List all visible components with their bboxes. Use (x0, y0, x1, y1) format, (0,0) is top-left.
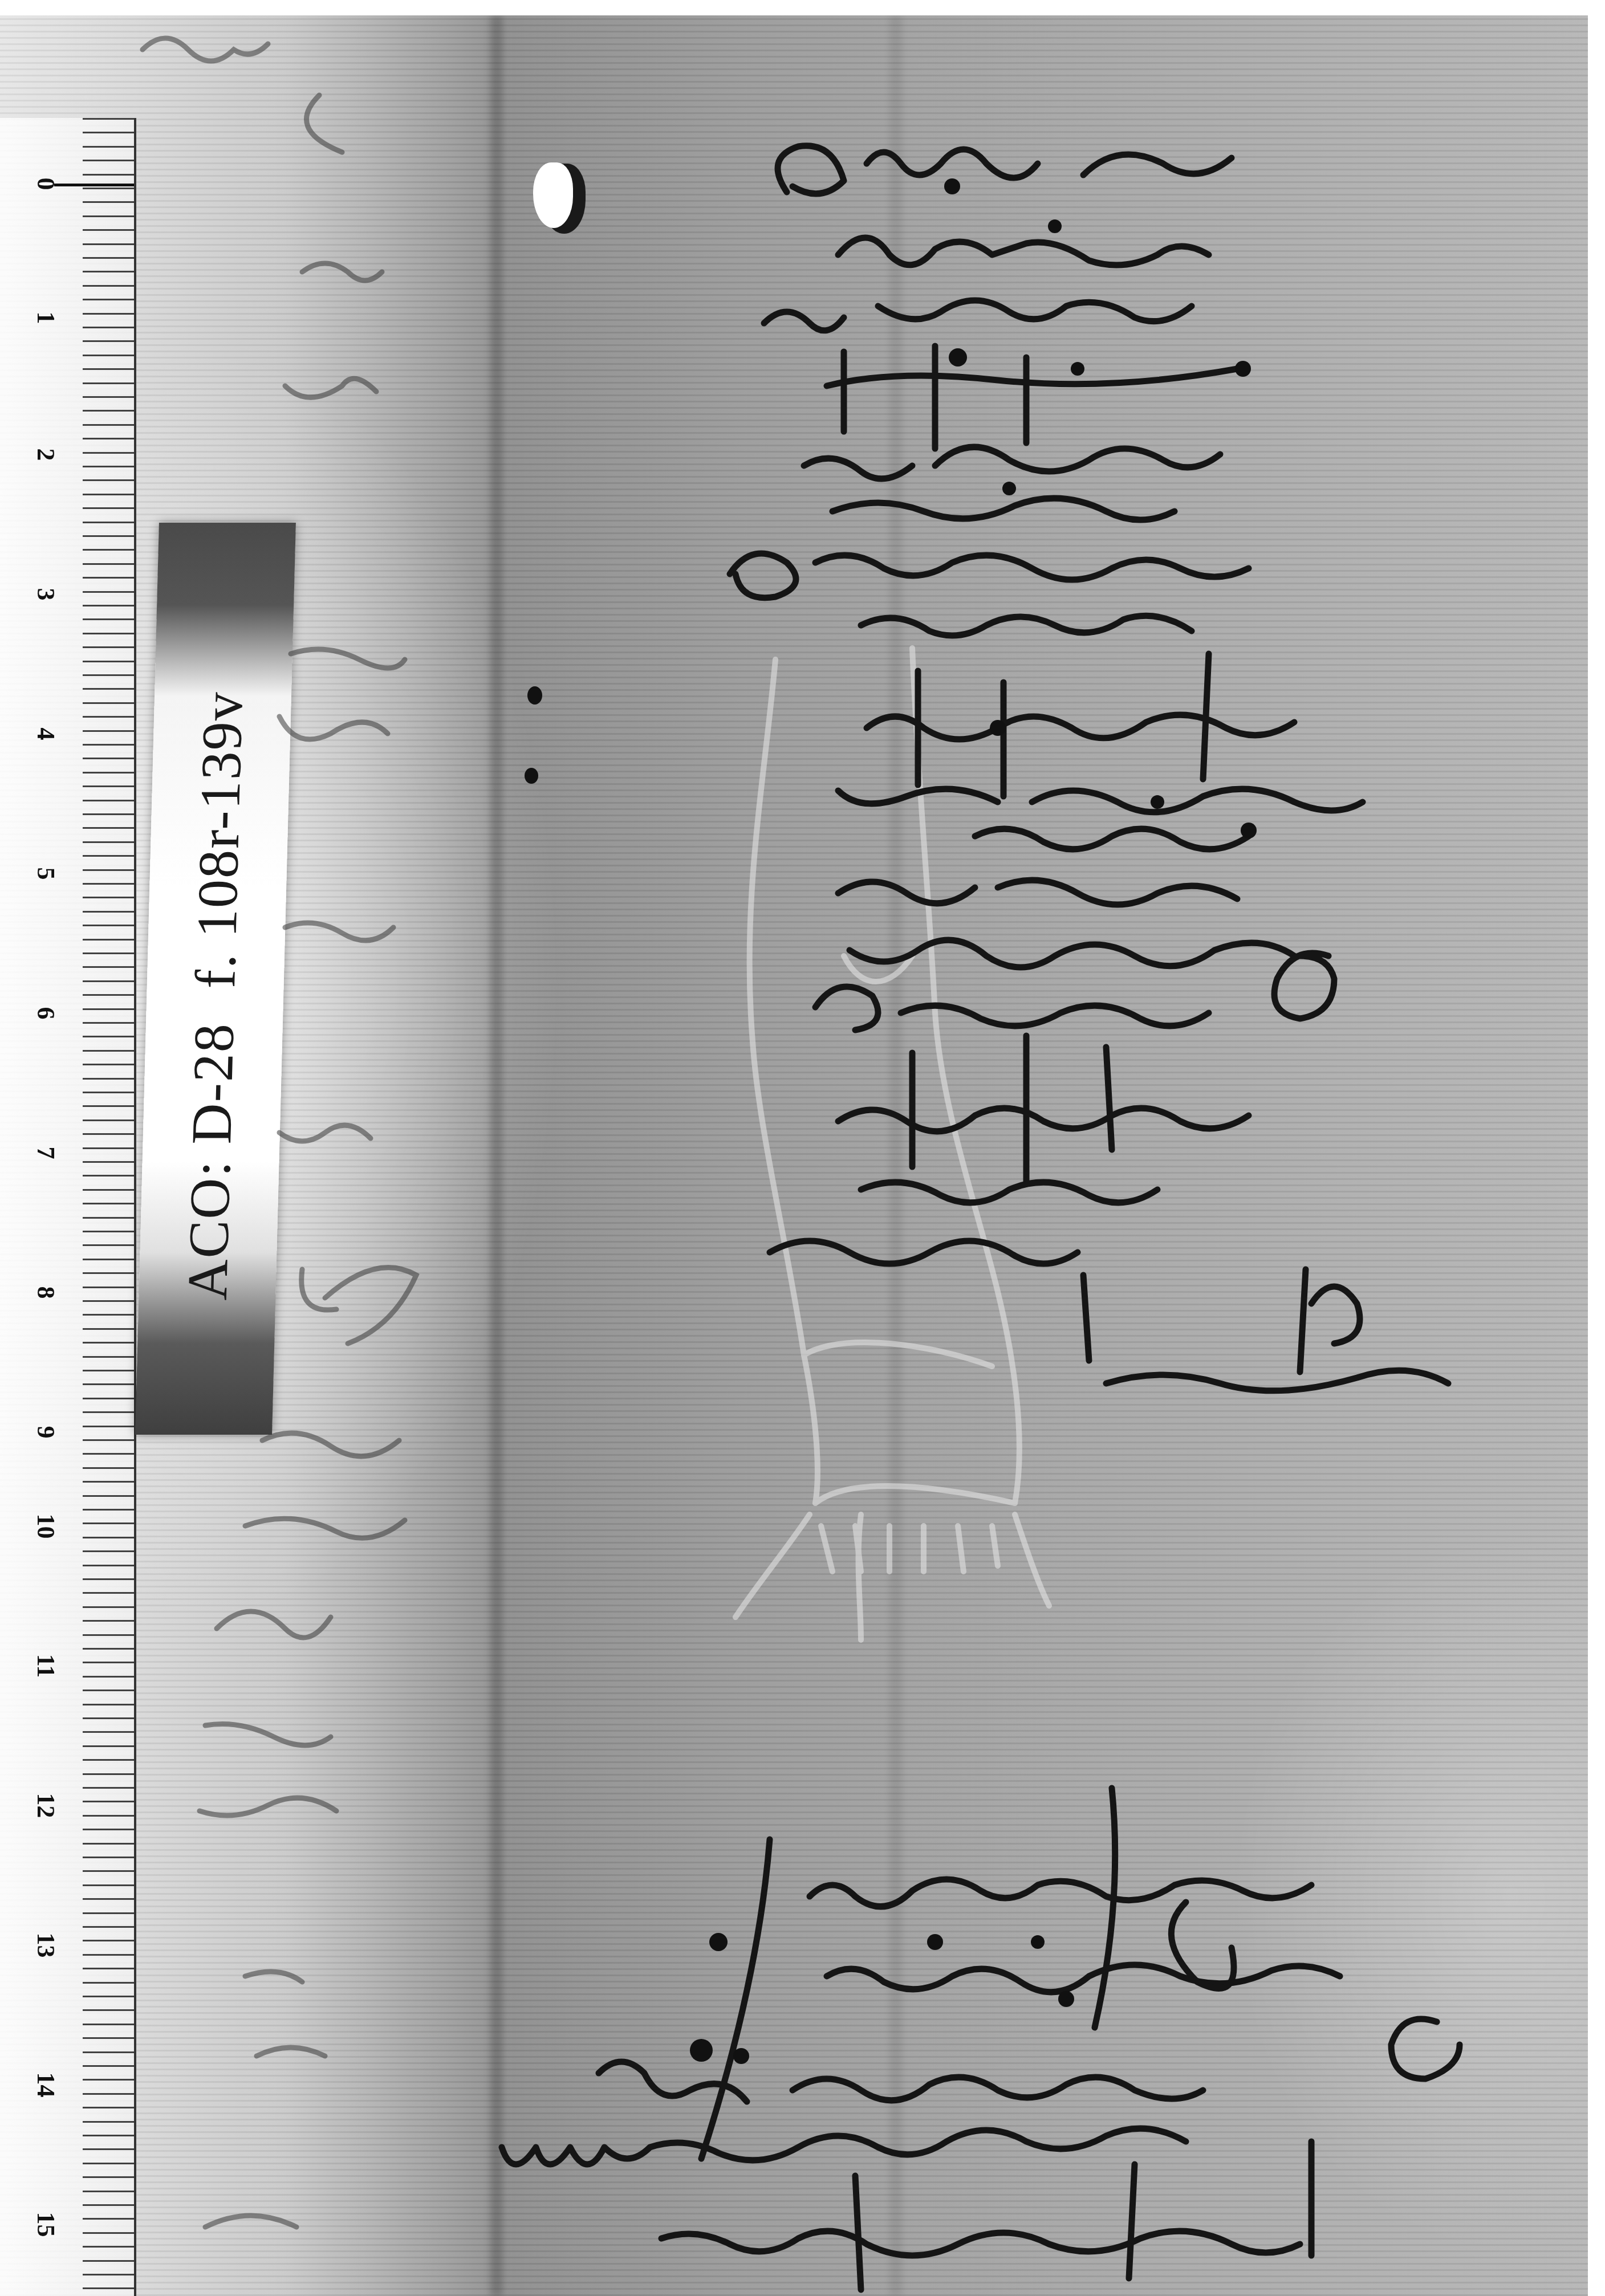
paper-hole (533, 162, 573, 228)
ruler-ticks (83, 118, 134, 2296)
ruler-number: 7 (31, 1130, 60, 1176)
manuscript-page: 0 1 2 3 4 5 6 7 8 9 10 11 12 13 14 15 AC… (0, 15, 1588, 2296)
ruler-major-tick (54, 184, 134, 186)
ruler-number: 14 (31, 2062, 60, 2108)
ruler-number: 11 (31, 1643, 60, 1689)
ruler-number: 8 (31, 1270, 60, 1316)
ruler-number: 3 (31, 572, 60, 617)
ruler-number: 9 (31, 1410, 60, 1455)
ruler-number: 13 (31, 1923, 60, 1968)
ruler-number: 4 (31, 711, 60, 757)
ruler-number: 10 (31, 1504, 60, 1549)
ink-dot (525, 768, 538, 784)
measurement-ruler: 0 1 2 3 4 5 6 7 8 9 10 11 12 13 14 15 (0, 118, 136, 2296)
ruler-number: 15 (31, 2202, 60, 2248)
ruler-number: 1 (31, 295, 60, 341)
ink-dot (527, 686, 542, 705)
margin-script (131, 15, 473, 2296)
ruler-number: 5 (31, 851, 60, 897)
ruler-number: 12 (31, 1783, 60, 1829)
handwritten-text-block-upper (656, 15, 1588, 1497)
handwritten-text-block-lower (468, 1754, 1588, 2296)
ruler-number: 0 (31, 161, 60, 207)
ruler-number: 6 (31, 991, 60, 1036)
ruler-number: 2 (31, 432, 60, 478)
